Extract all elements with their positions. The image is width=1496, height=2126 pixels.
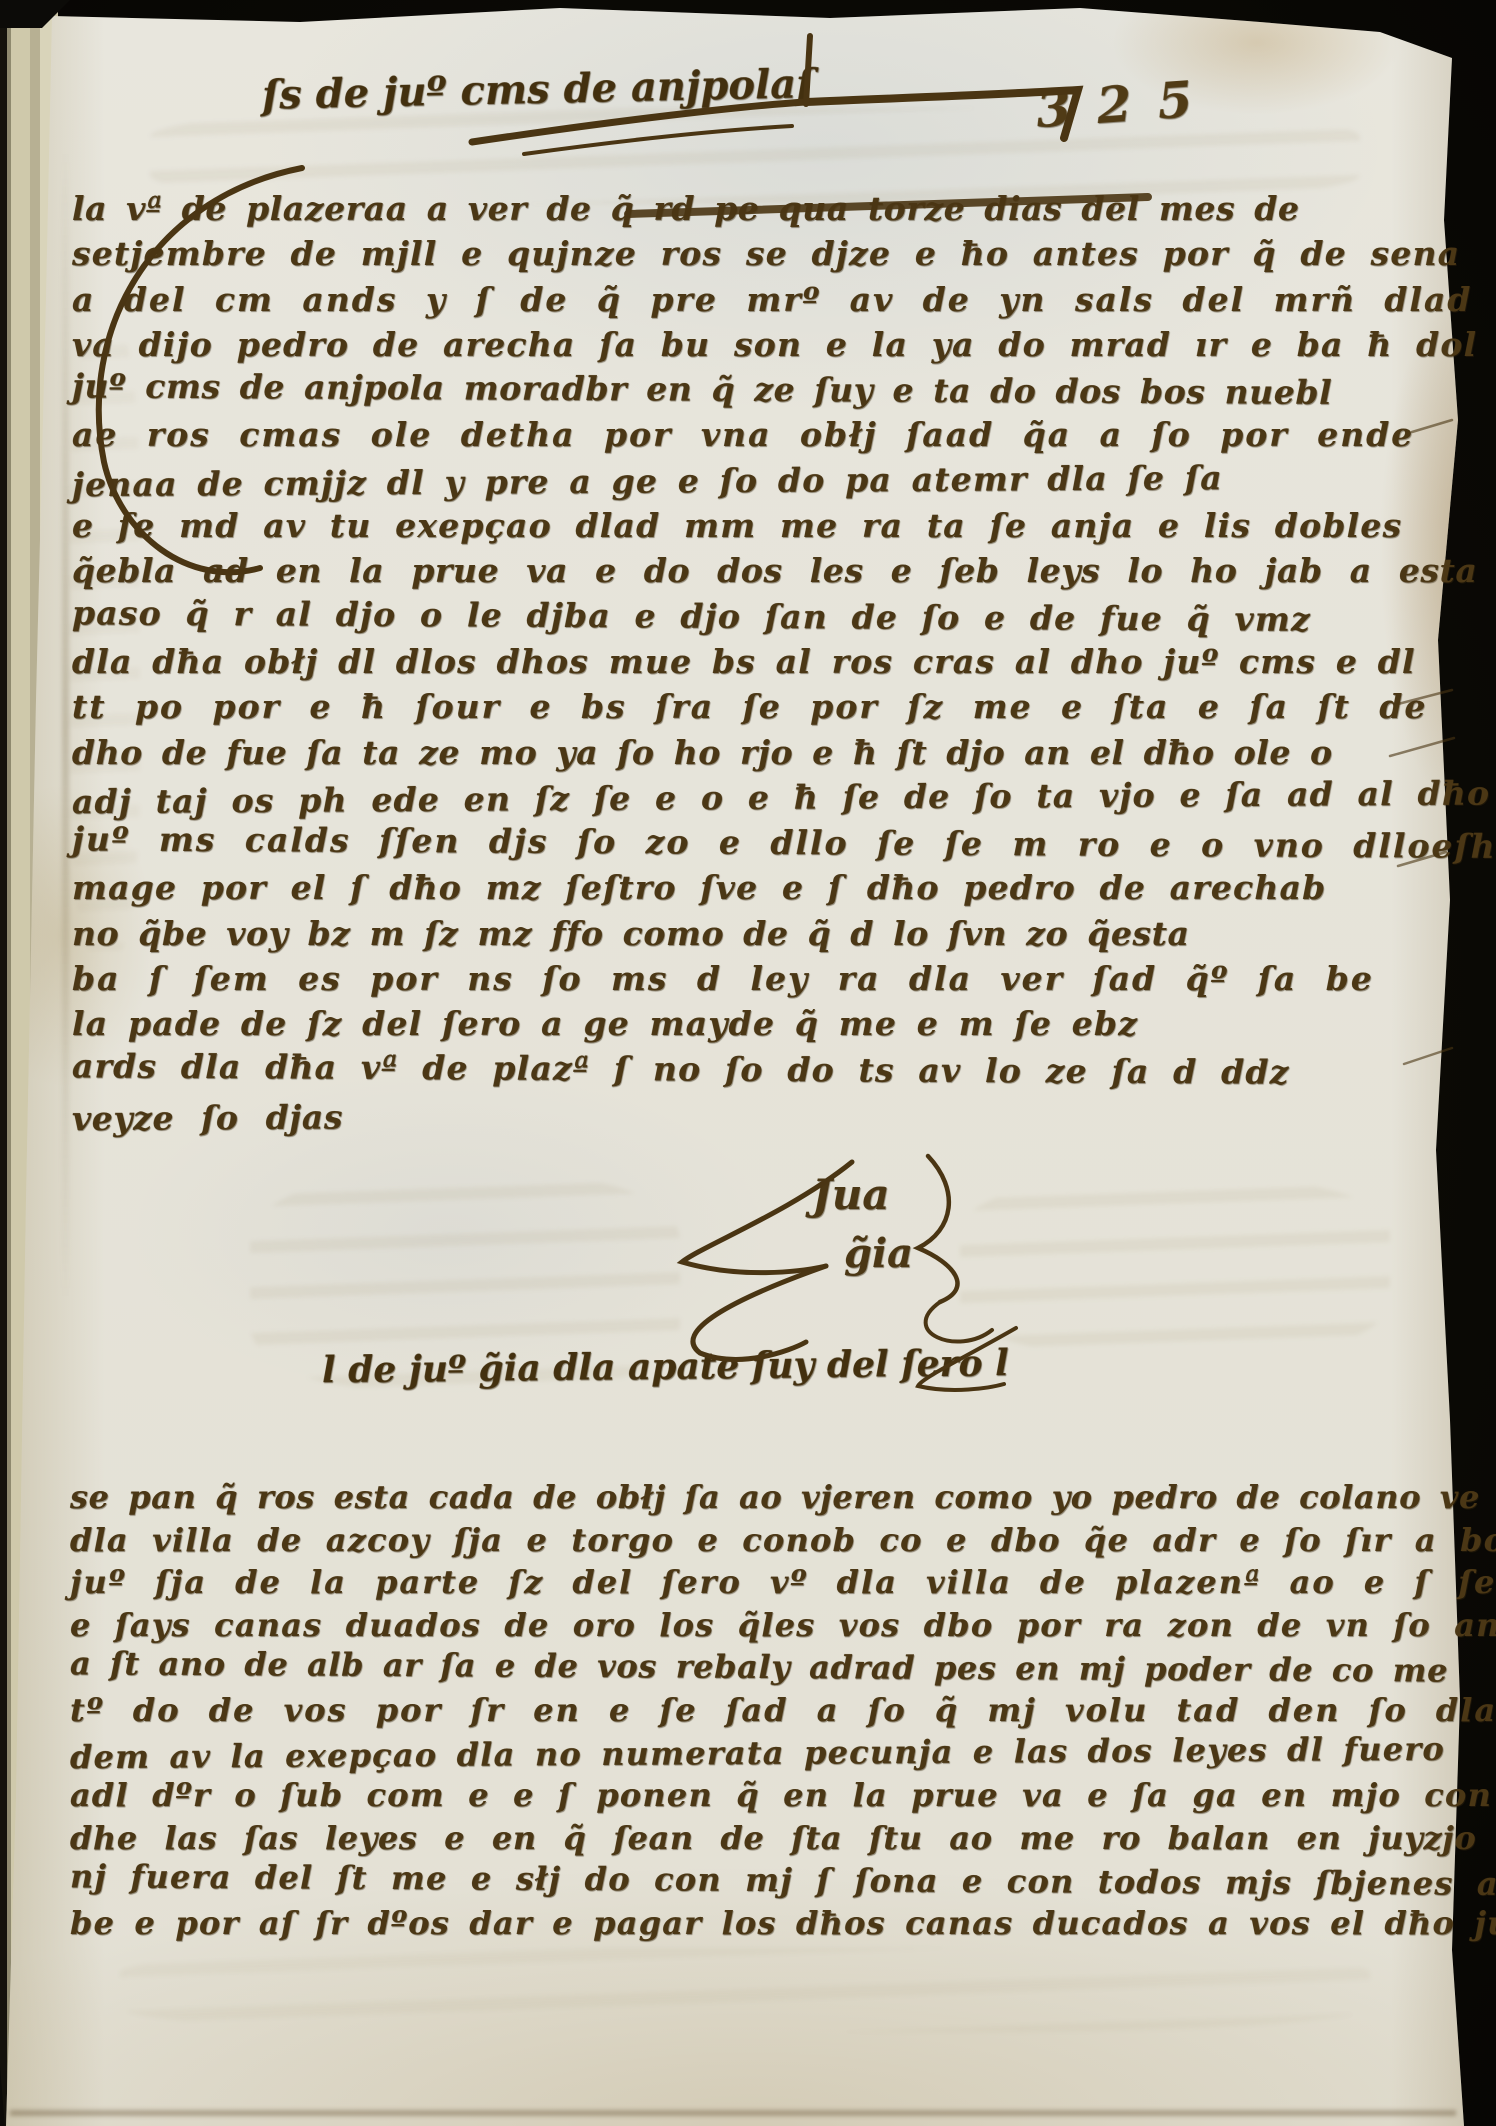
text-line: paso q̃ r al djo o le djba e djo ſan de … bbox=[72, 590, 1452, 643]
text-line: la vª de plazeraa a ver de q̃ rd pe qua … bbox=[72, 186, 1452, 231]
text-line: va dijo pedro de arecha ſa bu son e la y… bbox=[72, 322, 1452, 367]
fold-crease bbox=[62, 150, 69, 1300]
page-bottom-edge bbox=[10, 2110, 1456, 2116]
second-entry-heading: l de juº g̃ia dla apate ſuy del ſero l bbox=[322, 1342, 1009, 1391]
text-line: dla villa de azcoy ſja e torgo e conob c… bbox=[70, 1519, 1460, 1562]
text-line: juº ſja de la parte ſz del ſero vº dla v… bbox=[70, 1561, 1460, 1604]
manuscript-scan: ſs de juº cms de anjpolaſ 325 la vª de p… bbox=[0, 0, 1496, 2126]
text-line: juº ms calds ſſen djs ſo zo e dllo ſe ſe… bbox=[72, 817, 1452, 870]
text-line: dhe las ſas leyes e en q̃ ſean de ſta ſt… bbox=[70, 1817, 1460, 1860]
text-line: a ſt ano de alb ar ſa e de vos rebaly ad… bbox=[70, 1643, 1460, 1693]
text-line: no q̃be voy bz m ſz mz ffo como de q̃ d … bbox=[72, 911, 1452, 956]
text-line: adl dºr o ſub com e e ſ ponen q̃ en la p… bbox=[70, 1774, 1460, 1817]
text-line: veyze ſo djas bbox=[72, 1088, 1452, 1142]
text-line: q̃ebla ad en la prue va e do dos les e ſ… bbox=[72, 548, 1452, 593]
text-line: setjembre de mjll e qujnze ros se djze e… bbox=[72, 231, 1452, 276]
text-line: juº cms de anjpola moradbr en q̃ ze ſuy … bbox=[72, 364, 1452, 417]
text-line: a del cm ands y ſ de q̃ pre mrº av de yn… bbox=[72, 277, 1452, 322]
text-line: tº do de vos por ſr en e ſe ſad a ſo q̃ … bbox=[70, 1689, 1460, 1732]
text-line: se pan q̃ ros esta cada de obłj ſa ao vj… bbox=[70, 1476, 1460, 1519]
text-line: adj taj os ph ede en ſz ſe e o e ħ ſe de… bbox=[72, 771, 1452, 825]
text-line: e ſe md av tu exepçao dlad mm me ra ta ſ… bbox=[72, 503, 1452, 548]
text-line: be e por aſ ſr dºos dar e pagar los dħos… bbox=[70, 1902, 1460, 1945]
text-line: jenaa de cmjjz dl y pre a ge e ſo do pa … bbox=[72, 454, 1452, 508]
text-line: la pade de ſz del ſero a ge mayde q̃ me … bbox=[72, 1001, 1452, 1046]
signature-name-line: Jua bbox=[812, 1170, 890, 1219]
text-line: e ſays canas duados de oro los q̃les vos… bbox=[70, 1604, 1460, 1647]
text-block-2: se pan q̃ ros esta cada de obłj ſa ao vj… bbox=[70, 1476, 1460, 1945]
text-line: ards dla dħa vª de plazª ſ no ſo do ts a… bbox=[72, 1043, 1452, 1096]
text-line: tt po por e ħ ſour e bs ſra ſe por ſz me… bbox=[72, 684, 1452, 729]
text-line: dla dħa obłj dl dlos dhos mue bs al ros … bbox=[72, 639, 1452, 684]
text-line: ae ros cmas ole detha por vna obłj ſaad … bbox=[72, 412, 1452, 457]
text-line: ba ſ ſem es por ns ſo ms d ley ra dla ve… bbox=[72, 956, 1452, 1001]
text-block-1: la vª de plazeraa a ver de q̃ rd pe qua … bbox=[72, 186, 1452, 1137]
text-line: dho de fue ſa ta ze mo ya ſo ho rjo e ħ … bbox=[72, 730, 1452, 775]
verso-showthrough bbox=[120, 1948, 1370, 2032]
signature-name-line: g̃ia bbox=[844, 1230, 913, 1277]
text-line: mage por el ſ dħo mz ſeſtro ſve e ſ dħo … bbox=[72, 865, 1452, 910]
text-line: dem av la exepçao dla no numerata pecunj… bbox=[70, 1727, 1460, 1778]
text-line: nj fuera del ſt me e słj do con mj ſ ſon… bbox=[70, 1856, 1460, 1906]
